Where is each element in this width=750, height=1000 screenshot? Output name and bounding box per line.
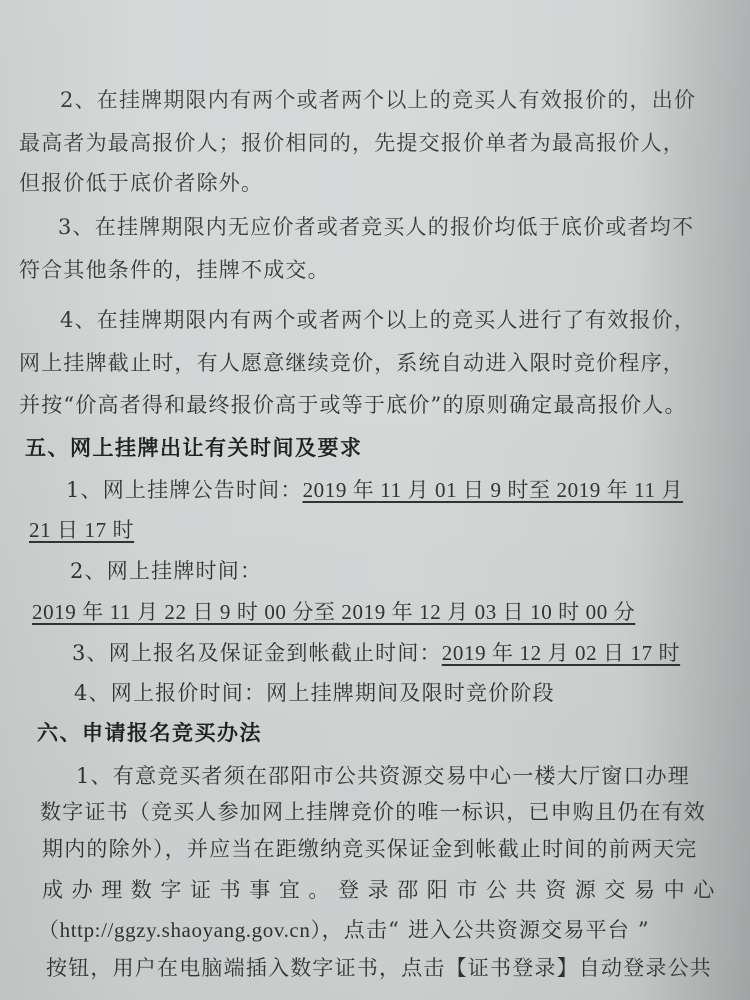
item-3-label: 3、网上报名及保证金到帐截止时间： bbox=[72, 641, 442, 665]
item-4-label: 4、网上报价时间： bbox=[74, 681, 266, 705]
website-url: （http://ggzy.shaoyang.gov.cn） bbox=[38, 918, 322, 942]
paragraph-2-line-3: 但报价低于底价者除外。 bbox=[19, 169, 263, 197]
paragraph-4-line-1: 4、在挂牌期限内有两个或者两个以上的竞买人进行了有效报价， bbox=[60, 306, 696, 334]
item-1-value: 2019 年 11 月 01 日 9 时至 2019 年 11 月 bbox=[303, 478, 684, 502]
paragraph-4-line-2: 网上挂牌截止时，有人愿意继续竞价，系统自动进入限时竞价程序， bbox=[19, 349, 685, 377]
section-5-item-2-label: 2、网上挂牌时间： bbox=[70, 557, 262, 585]
paragraph-3-line-1: 3、在挂牌期限内无应价者或者竞买人的报价均低于底价或者均不 bbox=[58, 213, 694, 241]
paragraph-2-line-2: 最高者为最高报价人；报价相同的，先提交报价单者为最高报价人， bbox=[19, 129, 685, 157]
item-4-value: 网上挂牌期间及限时竞价阶段 bbox=[266, 681, 555, 705]
document-page: 2、在挂牌期限内有两个或者两个以上的竞买人有效报价的，出价 最高者为最高报价人；… bbox=[0, 0, 750, 1000]
section-5-item-1: 1、网上挂牌公告时间：2019 年 11 月 01 日 9 时至 2019 年 … bbox=[66, 476, 683, 504]
section-5-item-3: 3、网上报名及保证金到帐截止时间：2019 年 12 月 02 日 17 时 bbox=[72, 639, 680, 667]
item-1-value-continued: 21 日 17 时 bbox=[29, 518, 134, 542]
paragraph-4-line-3: 并按“价高者得和最终报价高于或等于底价”的原则确定最高报价人。 bbox=[19, 391, 687, 419]
section-6-paragraph-1-line-5: （http://ggzy.shaoyang.gov.cn），点击“ 进入公共资源… bbox=[38, 916, 650, 944]
section-5-item-2-value: 2019 年 11 月 22 日 9 时 00 分至 2019 年 12 月 0… bbox=[32, 598, 635, 626]
section-6-paragraph-1-line-1: 1、有意竞买者须在邵阳市公共资源交易中心一楼大厅窗口办理 bbox=[76, 762, 690, 790]
section-5-item-1-continued: 21 日 17 时 bbox=[29, 516, 134, 544]
item-1-label: 1、网上挂牌公告时间： bbox=[66, 478, 303, 502]
section-6-paragraph-1-line-3: 期内的除外），并应当在距缴纳竞买保证金到帐截止时间的前两天完 bbox=[42, 835, 698, 863]
paragraph-2-line-1: 2、在挂牌期限内有两个或者两个以上的竞买人有效报价的，出价 bbox=[60, 86, 696, 114]
section-6-paragraph-1-line-2: 数字证书（竞买人参加网上挂牌竞价的唯一标识，已申购且仍在有效 bbox=[40, 798, 706, 826]
item-3-value: 2019 年 12 月 02 日 17 时 bbox=[442, 641, 680, 665]
item-2-value: 2019 年 11 月 22 日 9 时 00 分至 2019 年 12 月 0… bbox=[32, 600, 635, 624]
section-6-paragraph-1-line-6: 按钮，用户在电脑端插入数字证书，点击【证书登录】自动登录公共 bbox=[46, 954, 712, 982]
section-5-item-4: 4、网上报价时间：网上挂牌期间及限时竞价阶段 bbox=[74, 679, 555, 707]
section-5-heading: 五、网上挂牌出让有关时间及要求 bbox=[25, 434, 363, 462]
url-line-rest: ，点击“ 进入公共资源交易平台 ” bbox=[322, 918, 650, 942]
section-6-heading: 六、申请报名竞买办法 bbox=[37, 719, 262, 747]
section-6-paragraph-1-line-4: 成办理数字证书事宜。登录邵阳市公共资源交易中心 bbox=[42, 876, 723, 904]
paragraph-3-line-2: 符合其他条件的，挂牌不成交。 bbox=[19, 256, 330, 284]
